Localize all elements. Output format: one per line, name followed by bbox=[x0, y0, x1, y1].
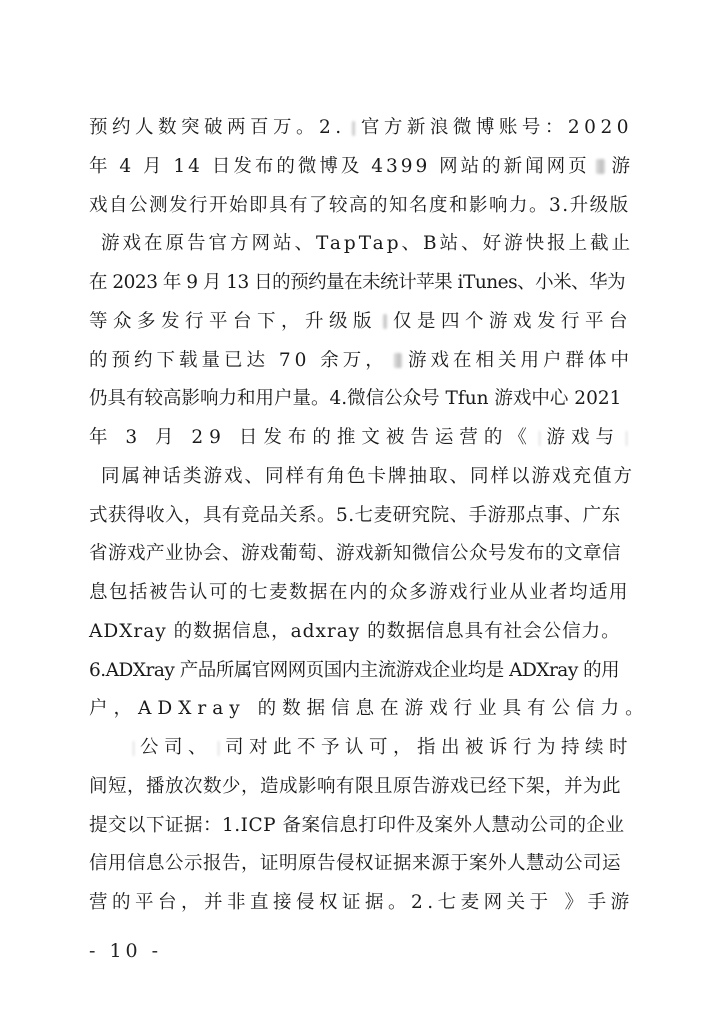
text-segment: 戏自公测发行开始即具有了较高的知名度和影响力。3.升级版 bbox=[89, 191, 630, 221]
text-segment: 信用信息公示报告，证明原告侵权证据来源于案外人慧动公司运 bbox=[89, 849, 621, 879]
redacted-text bbox=[218, 741, 219, 756]
text-line: 游戏在原告官方网站、TapTap、B站、好游快报上截止 bbox=[89, 229, 633, 259]
text-line: 公司、司对此不予认可，指出被诉行为持续时 bbox=[127, 733, 633, 763]
redacted-text bbox=[626, 431, 627, 446]
text-segment: 户，ADXray 的数据信息在游戏行业具有公信力。 bbox=[89, 694, 650, 724]
text-segment: 在 2023 年 9 月 13 日的预约量在未统计苹果 iTunes、小米、华为 bbox=[89, 268, 625, 298]
text-line: 省游戏产业协会、游戏葡萄、游戏新知微信公众号发布的文章信 bbox=[89, 539, 633, 569]
text-segment: 预约人数突破两百万。2. bbox=[89, 113, 346, 143]
text-segment: 提交以下证据：1.ICP 备案信息打印件及案外人慧动公司的企业 bbox=[89, 811, 624, 841]
text-segment: 营的平台，并非直接侵权证据。2.七麦网关于 bbox=[89, 888, 553, 918]
text-segment: 间短，播放次数少，造成影响有限且原告游戏已经下架，并为此 bbox=[89, 772, 621, 802]
text-segment: 游戏与 bbox=[546, 423, 620, 453]
redacted-text bbox=[596, 159, 606, 174]
document-page: 预约人数突破两百万。2.官方新浪微博账号：2020年 4 月 14 日发布的微博… bbox=[0, 0, 724, 1024]
text-line: 式获得收入，具有竞品关系。5.七麦研究院、手游那点事、广东 bbox=[89, 501, 633, 531]
text-segment: 省游戏产业协会、游戏葡萄、游戏新知微信公众号发布的文章信 bbox=[89, 539, 621, 569]
text-segment: 年 3 月 29 日发布的推文被告运营的《 bbox=[89, 423, 533, 453]
redacted-text bbox=[352, 121, 355, 136]
text-line: 的预约下载量已达 70 余万，游戏在相关用户群体中 bbox=[89, 346, 633, 376]
text-segment: 游戏在原告官方网站、TapTap、B站、好游快报上截止 bbox=[101, 229, 633, 259]
text-line: 年 4 月 14 日发布的微博及 4399 网站的新闻网页游 bbox=[89, 152, 633, 182]
text-segment: 同属神话类游戏、同样有角色卡牌抽取、同样以游戏充值方 bbox=[101, 462, 634, 492]
text-line: 年 3 月 29 日发布的推文被告运营的《游戏与 bbox=[89, 423, 633, 453]
text-line: 息包括被告认可的七麦数据在内的众多游戏行业从业者均适用 bbox=[89, 578, 633, 608]
text-segment: 仍具有较高影响力和用户量。4.微信公众号 Tfun 游戏中心 2021 bbox=[89, 384, 621, 414]
text-segment: ADXray 的数据信息，adxray 的数据信息具有社会公信力。 bbox=[89, 617, 621, 647]
text-line: ADXray 的数据信息，adxray 的数据信息具有社会公信力。 bbox=[89, 617, 633, 647]
text-line: 营的平台，并非直接侵权证据。2.七麦网关于》手游 bbox=[89, 888, 633, 918]
redacted-text bbox=[383, 314, 387, 329]
redacted-text bbox=[539, 431, 541, 446]
text-line: 预约人数突破两百万。2.官方新浪微博账号：2020 bbox=[89, 113, 633, 143]
text-segment: 游戏在相关用户群体中 bbox=[408, 346, 633, 376]
text-line: 同属神话类游戏、同样有角色卡牌抽取、同样以游戏充值方 bbox=[89, 462, 633, 492]
text-line: 在 2023 年 9 月 13 日的预约量在未统计苹果 iTunes、小米、华为 bbox=[89, 268, 633, 298]
text-segment: 游 bbox=[611, 152, 633, 182]
text-segment: 公司、 bbox=[140, 733, 212, 763]
text-segment: 》手游 bbox=[565, 888, 634, 918]
text-segment: 等众多发行平台下，升级版 bbox=[89, 307, 377, 337]
text-segment: 的预约下载量已达 70 余万， bbox=[89, 346, 388, 376]
text-line: 提交以下证据：1.ICP 备案信息打印件及案外人慧动公司的企业 bbox=[89, 811, 633, 841]
text-line: 等众多发行平台下，升级版仅是四个游戏发行平台 bbox=[89, 307, 633, 337]
text-segment: 官方新浪微博账号：2020 bbox=[361, 113, 633, 143]
text-line: 户，ADXray 的数据信息在游戏行业具有公信力。 bbox=[89, 694, 633, 724]
text-segment: 年 4 月 14 日发布的微博及 4399 网站的新闻网页 bbox=[89, 152, 590, 182]
text-line: 间短，播放次数少，造成影响有限且原告游戏已经下架，并为此 bbox=[89, 772, 633, 802]
text-segment: 息包括被告认可的七麦数据在内的众多游戏行业从业者均适用 bbox=[89, 578, 629, 608]
text-line: 戏自公测发行开始即具有了较高的知名度和影响力。3.升级版 bbox=[89, 191, 633, 221]
redacted-text bbox=[133, 741, 134, 756]
text-segment: 式获得收入，具有竞品关系。5.七麦研究院、手游那点事、广东 bbox=[89, 501, 621, 531]
text-line: 6.ADXray 产品所属官网网页国内主流游戏企业均是 ADXray 的用 bbox=[89, 656, 633, 686]
page-number: - 10 - bbox=[89, 938, 162, 964]
redacted-text bbox=[394, 353, 402, 368]
text-segment: 司对此不予认可，指出被诉行为持续时 bbox=[225, 733, 633, 763]
text-segment: 6.ADXray 产品所属官网网页国内主流游戏企业均是 ADXray 的用 bbox=[89, 656, 619, 686]
text-line: 仍具有较高影响力和用户量。4.微信公众号 Tfun 游戏中心 2021 bbox=[89, 384, 633, 414]
text-segment: 仅是四个游戏发行平台 bbox=[393, 307, 633, 337]
text-line: 信用信息公示报告，证明原告侵权证据来源于案外人慧动公司运 bbox=[89, 849, 633, 879]
